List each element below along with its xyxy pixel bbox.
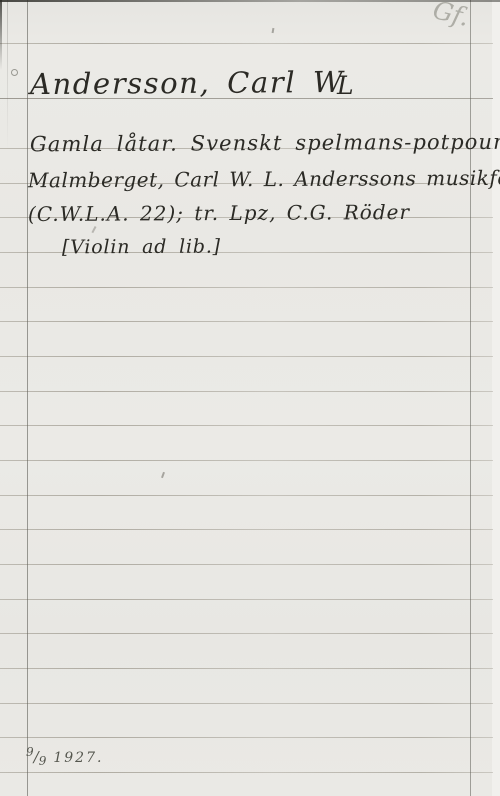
scan-speck bbox=[272, 28, 274, 33]
paper-right-edge bbox=[492, 0, 500, 796]
right-margin-rule bbox=[470, 0, 471, 796]
ruled-line bbox=[0, 633, 493, 634]
entry-line-instrumentation: [Violin ad lib.] bbox=[62, 238, 221, 258]
ruled-line bbox=[0, 287, 493, 288]
date-annotation: 9/91927. bbox=[26, 749, 103, 765]
ruled-line bbox=[0, 703, 493, 704]
left-edge-shadow-line bbox=[7, 0, 8, 150]
ruled-line bbox=[0, 668, 493, 669]
date-month: 9 bbox=[39, 754, 47, 768]
ruled-line bbox=[0, 599, 493, 600]
ruled-line bbox=[0, 321, 493, 322]
entry-line-title: Gamla låtar. Svenskt spelmans-potpourri. bbox=[30, 132, 500, 156]
scan-speck bbox=[161, 472, 165, 478]
ruled-line bbox=[0, 737, 493, 738]
entry-line-publisher: Malmberget, Carl W. L. Anderssons musikf… bbox=[28, 168, 500, 191]
scan-left-edge bbox=[0, 0, 2, 70]
margin-ring-mark bbox=[11, 69, 18, 76]
ruled-line bbox=[0, 529, 493, 530]
ruled-line bbox=[0, 43, 493, 44]
date-slash: / bbox=[34, 748, 39, 766]
scan-speck bbox=[91, 226, 96, 233]
heading-classmark: L bbox=[337, 73, 354, 98]
ruled-line bbox=[0, 425, 493, 426]
left-margin-rule bbox=[27, 0, 28, 796]
card-heading-author: Andersson, Carl W bbox=[30, 68, 345, 99]
ruled-line bbox=[0, 460, 493, 461]
ruled-line bbox=[0, 564, 493, 565]
ruled-line bbox=[0, 772, 493, 773]
date-year: 1927. bbox=[53, 750, 103, 766]
entry-line-plate-imprint: (C.W.L.A. 22); tr. Lpz, C.G. Röder bbox=[28, 202, 410, 224]
ruled-line bbox=[0, 356, 493, 357]
ruled-line bbox=[0, 391, 493, 392]
corner-pencil-mark: Gf. bbox=[431, 0, 472, 30]
catalog-card-scan: Gf. Andersson, Carl W L Gamla låtar. Sve… bbox=[0, 0, 500, 796]
date-day: 9 bbox=[26, 745, 34, 759]
ruled-line bbox=[0, 495, 493, 496]
scan-top-edge bbox=[0, 0, 500, 2]
